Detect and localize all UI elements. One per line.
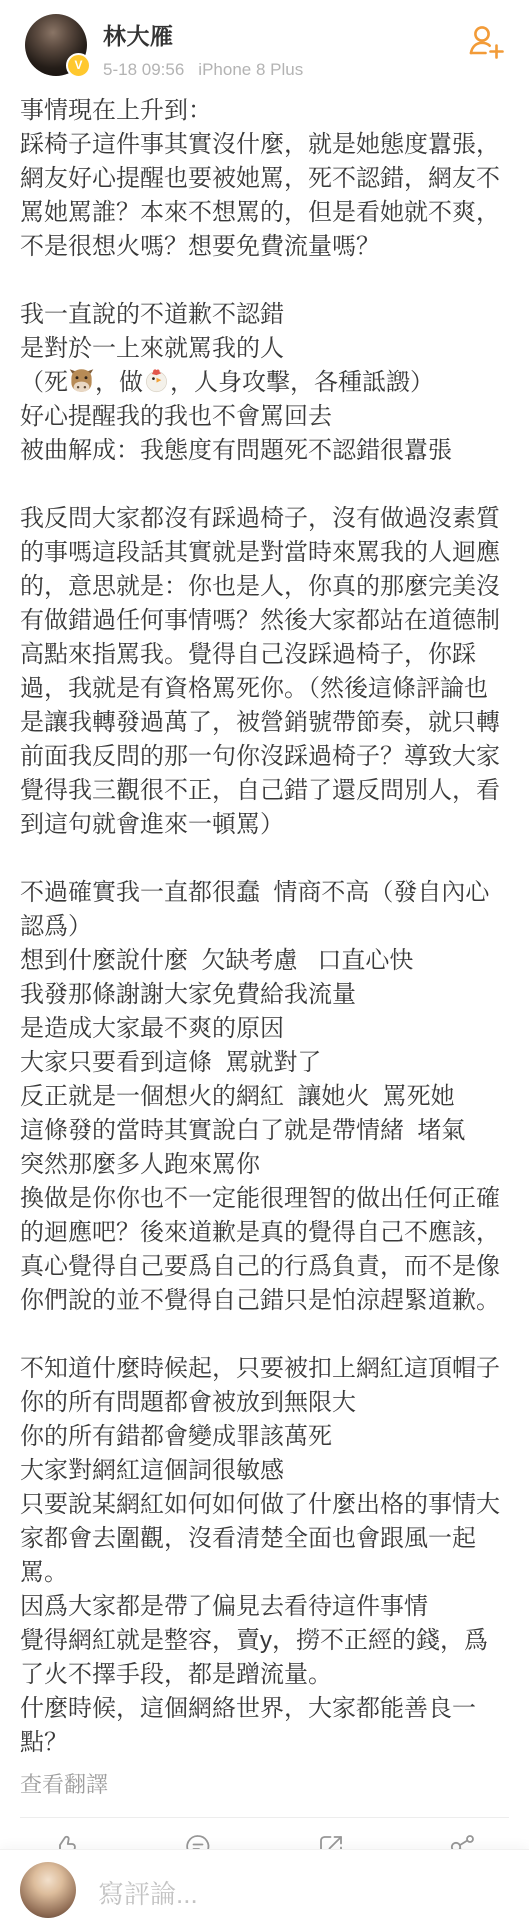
verified-badge-icon: V (66, 53, 91, 78)
weibo-post-page: { "header": { "author": "林大雁", "badge": … (0, 0, 529, 1920)
post-text-line: 到這句就會進來一頓罵） (20, 808, 511, 842)
post-text-line: 你的所有錯都會變成罪該萬死 (20, 1420, 511, 1454)
post-text-line: 是讓我轉發過萬了，被營銷號帶節奏，就只轉 (20, 706, 511, 740)
post-text-line: 突然那麼多人跑來罵你 (20, 1148, 511, 1182)
post-text-line (20, 842, 511, 876)
post-text-line: 的，意思就是：你也是人，你真的那麼完美沒 (20, 570, 511, 604)
post-text-line: 網友好心提醒也要被她罵，死不認錯，網友不 (20, 162, 511, 196)
post-text-line: 你的所有問題都會被放到無限大 (20, 1386, 511, 1420)
post-text-line: 不過確實我一直都很蠢 情商不高（發自內心 (20, 876, 511, 910)
post-text-line: 被曲解成：我態度有問題死不認錯很囂張 (20, 434, 511, 468)
post-body-text: 事情現在上升到：踩椅子這件事其實沒什麼，就是她態度囂張，網友好心提醒也要被她罵，… (20, 94, 511, 1760)
post-text-line: 大家對網紅這個詞很敏感 (20, 1454, 511, 1488)
post-text-line: 我一直說的不道歉不認錯 (20, 298, 511, 332)
follow-button[interactable] (463, 22, 507, 62)
post-text-line: 有做錯過任何事情嗎？然後大家都站在道德制 (20, 604, 511, 638)
post-text-line: 的事嗎這段話其實就是對當時來罵我的人迴應 (20, 536, 511, 570)
post-text-line: 反正就是一個想火的網紅 讓她火 罵死她 (20, 1080, 511, 1114)
post-text-line: 家都會去圍觀，沒看清楚全面也會跟風一起 (20, 1522, 511, 1556)
post-text-line: 真心覺得自己要爲自己的行爲負責，而不是像 (20, 1250, 511, 1284)
post-text-line: 前面我反問的那一句你沒踩過椅子？導致大家 (20, 740, 511, 774)
post-text-line: 認爲） (20, 910, 511, 944)
post-text-line (20, 1318, 511, 1352)
post-text-line: 覺得我三觀很不正，自己錯了還反問別人，看 (20, 774, 511, 808)
post-text-line: 是對於一上來就罵我的人 (20, 332, 511, 366)
post-header: V 林大雁 5-18 09:56iPhone 8 Plus (0, 0, 529, 88)
person-add-icon (463, 22, 507, 62)
post-text-line: 高點來指罵我。覺得自己沒踩過椅子，你踩 (20, 638, 511, 672)
post-text-line: 你們說的並不覺得自己錯只是怕涼趕緊道歉。 (20, 1284, 511, 1318)
post-text-line: 了火不擇手段，都是蹭流量。 (20, 1658, 511, 1692)
author-name[interactable]: 林大雁 (103, 18, 509, 51)
view-translation-link[interactable]: 查看翻譯 (20, 1768, 509, 1799)
post-text-line: 大家只要看到這條 罵就對了 (20, 1046, 511, 1080)
comment-composer[interactable]: 寫評論... (0, 1849, 529, 1920)
post-text-line (20, 468, 511, 502)
post-text-line: 是造成大家最不爽的原因 (20, 1012, 511, 1046)
post-text-line: 罵。 (20, 1556, 511, 1590)
post-text-line: 只要說某網紅如何如何做了什麼出格的事情大 (20, 1488, 511, 1522)
author-info: 林大雁 5-18 09:56iPhone 8 Plus (103, 14, 509, 80)
post-text-line: 我發那條謝謝大家免費給我流量 (20, 978, 511, 1012)
post-text-line: 好心提醒我的我也不會罵回去 (20, 400, 511, 434)
post-text-line: 我反問大家都沒有踩過椅子，沒有做過沒素質 (20, 502, 511, 536)
post-text-line: 過，我就是有資格罵死你。（然後這條評論也 (20, 672, 511, 706)
post-text-line: 不知道什麼時候起，只要被扣上網紅這頂帽子 (20, 1352, 511, 1386)
comment-input-placeholder[interactable]: 寫評論... (98, 1874, 198, 1911)
post-device: iPhone 8 Plus (198, 60, 303, 79)
post-text-line: （死，做，人身攻擊，各種詆譭） (20, 366, 511, 400)
horse-face-emoji-icon (68, 367, 95, 394)
post-text-line (20, 264, 511, 298)
post-text-line: 的迴應吧？後來道歉是真的覺得自己不應該， (20, 1216, 511, 1250)
post-text-line: 事情現在上升到： (20, 94, 511, 128)
post-text-line: 什麼時候，這個網絡世界，大家都能善良一 (20, 1692, 511, 1726)
post-meta: 5-18 09:56iPhone 8 Plus (103, 60, 509, 80)
post-text-line: 想到什麼說什麼 欠缺考慮 口直心快 (20, 944, 511, 978)
post-text-line: 不是很想火嗎？想要免費流量嗎？ (20, 230, 511, 264)
post-text-line: 換做是你你也不一定能很理智的做出任何正確 (20, 1182, 511, 1216)
post-text-line: 踩椅子這件事其實沒什麼，就是她態度囂張， (20, 128, 511, 162)
author-avatar[interactable]: V (25, 14, 87, 76)
post-text-line: 覺得網紅就是整容，賣y，撈不正經的錢，爲 (20, 1624, 511, 1658)
post-text-line: 罵她罵誰？本來不想罵的，但是看她就不爽， (20, 196, 511, 230)
post-text-line: 因爲大家都是帶了偏見去看待這件事情 (20, 1590, 511, 1624)
post-text-line: 這條發的當時其實說白了就是帶情緒 堵氣 (20, 1114, 511, 1148)
post-text-line: 點？ (20, 1726, 511, 1760)
post-timestamp: 5-18 09:56 (103, 60, 184, 79)
chicken-emoji-icon (143, 367, 170, 394)
current-user-avatar (20, 1862, 76, 1918)
